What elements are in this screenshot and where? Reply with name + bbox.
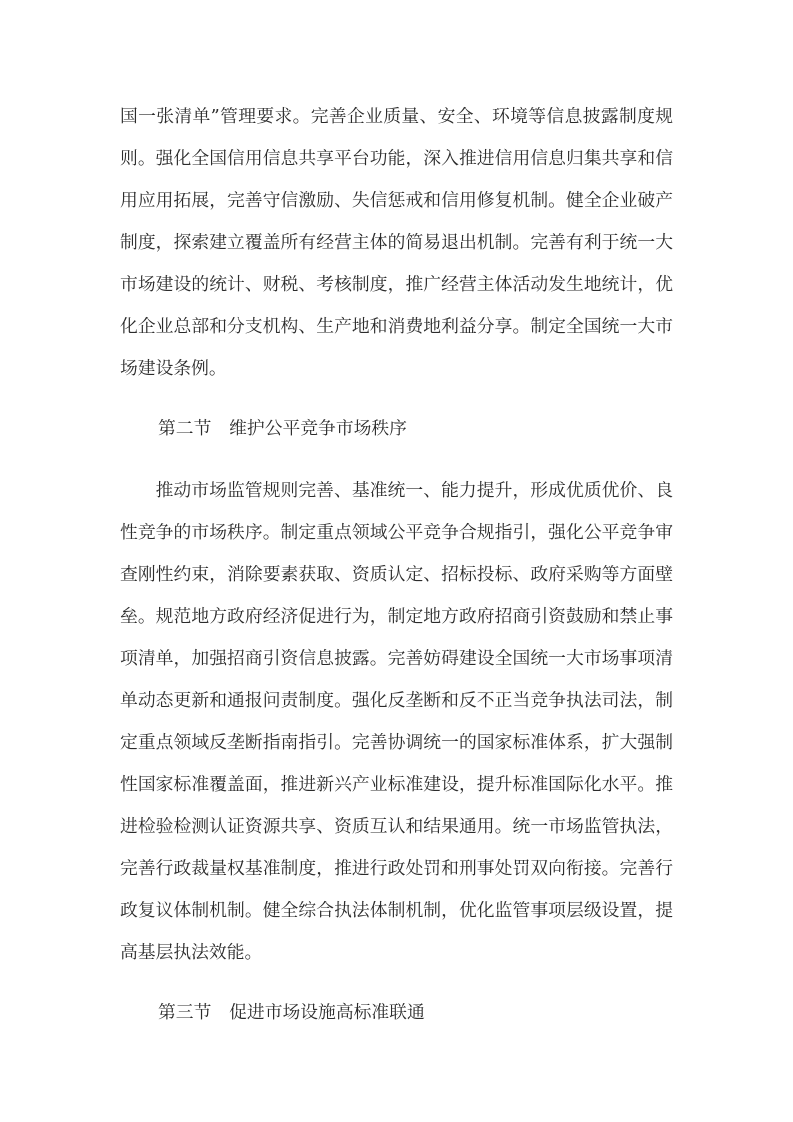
text-line: 单动态更新和通报问责制度。强化反垄断和反不正当竞争执法司法，制 [120, 680, 673, 722]
text-line: 定重点领域反垄断指南指引。完善协调统一的国家标准体系，扩大强制 [120, 722, 673, 764]
text-line: 性竞争的市场秩序。制定重点领域公平竞争合规指引，强化公平竞争审 [120, 512, 673, 554]
text-line: 制度，探索建立覆盖所有经营主体的简易退出机制。完善有利于统一大 [120, 222, 673, 264]
text-line: 化企业总部和分支机构、生产地和消费地利益分享。制定全国统一大市 [120, 306, 673, 348]
text-line: 完善行政裁量权基准制度，推进行政处罚和刑事处罚双向衔接。完善行 [120, 848, 673, 890]
text-line: 政复议体制机制。健全综合执法体制机制，优化监管事项层级设置，提 [120, 890, 673, 932]
text-line: 用应用拓展，完善守信激励、失信惩戒和信用修复机制。健全企业破产 [120, 180, 673, 222]
text-line: 垒。规范地方政府经济促进行为，制定地方政府招商引资鼓励和禁止事 [120, 596, 673, 638]
text-line: 场建设条例。 [120, 348, 673, 390]
text-line: 进检验检测认证资源共享、资质互认和结果通用。统一市场监管执法， [120, 806, 673, 848]
text-line: 查刚性约束，消除要素获取、资质认定、招标投标、政府采购等方面壁 [120, 554, 673, 596]
text-line: 国一张清单”管理要求。完善企业质量、安全、环境等信息披露制度规 [120, 96, 673, 138]
section-heading: 第三节 促进市场设施高标准联通 [120, 992, 673, 1034]
text-line: 项清单，加强招商引资信息披露。完善妨碍建设全国统一大市场事项清 [120, 638, 673, 680]
text-line: 高基层执法效能。 [120, 932, 673, 974]
text-line: 则。强化全国信用信息共享平台功能，深入推进信用信息归集共享和信 [120, 138, 673, 180]
paragraph: 国一张清单”管理要求。完善企业质量、安全、环境等信息披露制度规则。强化全国信用信… [120, 96, 673, 390]
text-line: 市场建设的统计、财税、考核制度，推广经营主体活动发生地统计，优 [120, 264, 673, 306]
document-content: 国一张清单”管理要求。完善企业质量、安全、环境等信息披露制度规则。强化全国信用信… [120, 96, 673, 1054]
section-heading: 第二节 维护公平竞争市场秩序 [120, 408, 673, 450]
text-line: 推动市场监管规则完善、基准统一、能力提升，形成优质优价、良 [120, 470, 673, 512]
text-line: 性国家标准覆盖面，推进新兴产业标准建设，提升标准国际化水平。推 [120, 764, 673, 806]
paragraph: 推动市场监管规则完善、基准统一、能力提升，形成优质优价、良性竞争的市场秩序。制定… [120, 470, 673, 974]
document-page: 国一张清单”管理要求。完善企业质量、安全、环境等信息披露制度规则。强化全国信用信… [0, 0, 793, 1122]
